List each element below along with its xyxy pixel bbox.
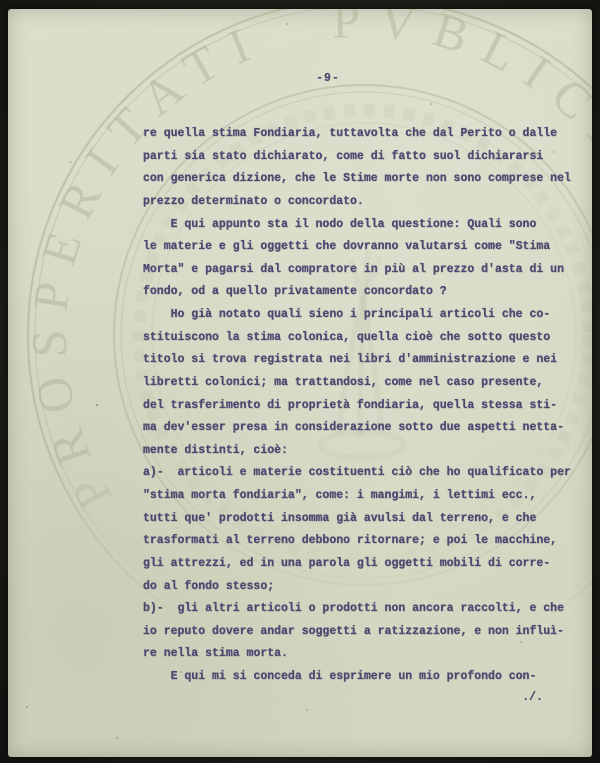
typed-line: le materie e gli oggetti che dovranno va…	[143, 236, 583, 259]
typed-line: Morta" e pagarsi dal compratore in più a…	[143, 259, 583, 282]
scan-background: { "page": { "number_label": "-9-", "end_…	[0, 0, 600, 763]
page-continuation-mark: ./.	[143, 691, 543, 704]
typed-line: titolo si trova registrata nei libri d'a…	[143, 349, 583, 372]
typed-line: E qui mi si conceda di esprimere un mio …	[143, 666, 583, 689]
typed-line: b)- gli altri articoli o prodotti non an…	[143, 598, 583, 621]
typed-text-block: re quella stima Fondiaria, tuttavolta ch…	[143, 123, 583, 689]
typed-line: a)- articoli e materie costituenti ciò c…	[143, 462, 583, 485]
typed-line: trasformati al terreno debbono ritornare…	[143, 530, 583, 553]
typed-line: stituiscono la stima colonica, quella ci…	[143, 327, 583, 350]
typed-line: ma dev'esser presa in considerazione sot…	[143, 417, 583, 440]
typed-line: gli attrezzi, ed in una parola gli ogget…	[143, 553, 583, 576]
typed-line: do al fondo stesso;	[143, 576, 583, 599]
typed-line: re quella stima Fondiaria, tuttavolta ch…	[143, 123, 583, 146]
page-number: -9-	[143, 72, 513, 85]
typed-line: mente distinti, cioè:	[143, 440, 583, 463]
document-page: PROSPERITATI PVBLICAE -9- re quella stim…	[8, 9, 592, 757]
typed-line: tutti que' prodotti insomma già avulsi d…	[143, 508, 583, 531]
typed-line: prezzo determinato o concordato.	[143, 191, 583, 214]
typed-line: fondo, od a quello privatamente concorda…	[143, 281, 583, 304]
typed-line: con generica dizione, che le Stime morte…	[143, 168, 583, 191]
paper-specks	[8, 9, 10, 11]
typed-line: del trasferimento di proprietà fondiaria…	[143, 395, 583, 418]
typed-line: E qui appunto sta il nodo della question…	[143, 214, 583, 237]
typed-line: "stima morta fondiaria", come: i mangimi…	[143, 485, 583, 508]
typed-line: libretti colonici; ma trattandosi, come …	[143, 372, 583, 395]
typed-line: Ho già notato quali sieno i principali a…	[143, 304, 583, 327]
typed-line: parti sia stato dichiarato, come di fatt…	[143, 146, 583, 169]
typed-line: re nella stima morta.	[143, 643, 583, 666]
typed-line: io reputo dovere andar soggetti a ratizz…	[143, 621, 583, 644]
